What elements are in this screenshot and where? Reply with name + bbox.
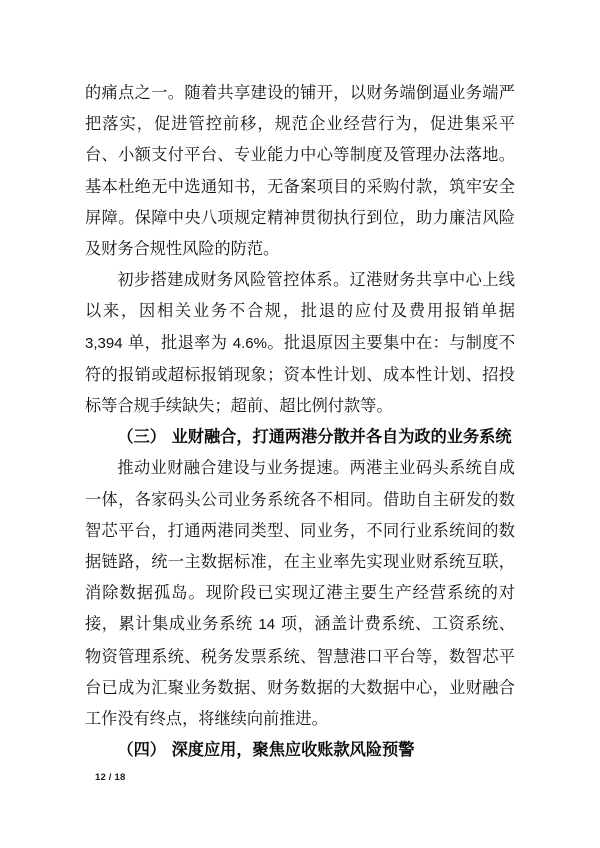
section-heading-three: （三） 业财融合，打通两港分散并各自为政的业务系统 xyxy=(85,421,515,452)
page-canvas: 的痛点之一。随着共享建设的铺开，以财务端倒逼业务端严把落实，促进管控前移，规范企… xyxy=(0,0,600,848)
paragraph-risk-control-system: 初步搭建成财务风险管控体系。辽港财务共享中心上线以来，因相关业务不合规，批退的应… xyxy=(85,264,515,421)
paragraph-business-finance-integration: 推动业财融合建设与业务提速。两港主业码头系统自成一体，各家码头公司业务系统各不相… xyxy=(85,452,515,734)
paragraph-risk-prevention-continuation: 的痛点之一。随着共享建设的铺开，以财务端倒逼业务端严把落实，促进管控前移，规范企… xyxy=(85,77,515,264)
page-number: 12 / 18 xyxy=(95,772,125,783)
body-text: 的痛点之一。随着共享建设的铺开，以财务端倒逼业务端严把落实，促进管控前移，规范企… xyxy=(85,77,515,765)
document-page: { "page": { "background_color": "#ffffff… xyxy=(0,0,600,848)
section-heading-four: （四） 深度应用，聚焦应收账款风险预警 xyxy=(85,734,515,765)
page-footer: 12 / 18 xyxy=(95,772,125,783)
